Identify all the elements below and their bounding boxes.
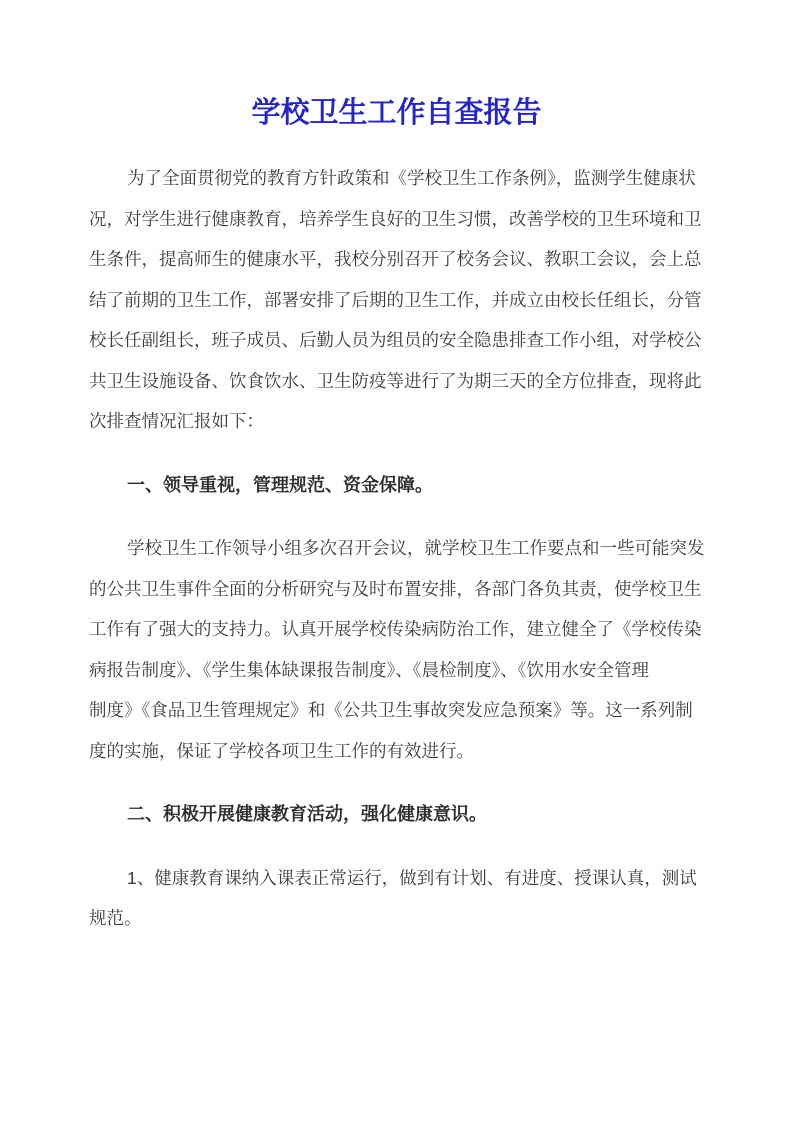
document-title: 学校卫生工作自查报告: [89, 93, 704, 133]
paragraph-line: 结了前期的卫生工作，部署安排了后期的卫生工作，并成立由校长任组长，分管: [89, 280, 704, 321]
section-heading-text: 二、积极开展健康教育活动，强化健康意识。: [89, 794, 704, 835]
paragraph-line: 次排查情况汇报如下：: [89, 401, 704, 442]
paragraph-line: 为了全面贯彻党的教育方针政策和《学校卫生工作条例》，监测学生健康状: [89, 158, 704, 199]
document-page: 学校卫生工作自查报告 为了全面贯彻党的教育方针政策和《学校卫生工作条例》，监测学…: [0, 0, 793, 1122]
section-heading-2: 二、积极开展健康教育活动，强化健康意识。: [89, 794, 704, 835]
paragraph-line: 病报告制度》、《学生集体缺课报告制度》、《晨检制度》、《饮用水安全管理: [89, 650, 704, 691]
paragraph-line: 1、健康教育课纳入课表正常运行，做到有计划、有进度、授课认真，测试: [89, 858, 704, 899]
paragraph-line: 制度》《食品卫生管理规定》和《公共卫生事故突发应急预案》等。这一系列制: [89, 690, 704, 731]
paragraph-line: 况，对学生进行健康教育，培养学生良好的卫生习惯，改善学校的卫生环境和卫: [89, 199, 704, 240]
paragraph-line: 学校卫生工作领导小组多次召开会议，就学校卫生工作要点和一些可能突发: [89, 528, 704, 569]
paragraph-line: 生条件，提高师生的健康水平，我校分别召开了校务会议、教职工会议，会上总: [89, 239, 704, 280]
document-content: 学校卫生工作自查报告 为了全面贯彻党的教育方针政策和《学校卫生工作条例》，监测学…: [0, 93, 793, 939]
paragraph-3: 1、健康教育课纳入课表正常运行，做到有计划、有进度、授课认真，测试 规范。: [89, 858, 704, 939]
section-heading-text: 一、领导重视，管理规范、资金保障。: [89, 465, 704, 506]
paragraph-line: 校长任副组长，班子成员、后勤人员为组员的安全隐患排查工作小组，对学校公: [89, 320, 704, 361]
section-heading-1: 一、领导重视，管理规范、资金保障。: [89, 465, 704, 506]
paragraph-1: 为了全面贯彻党的教育方针政策和《学校卫生工作条例》，监测学生健康状 况，对学生进…: [89, 158, 704, 442]
paragraph-line: 共卫生设施设备、饮食饮水、卫生防疫等进行了为期三天的全方位排查，现将此: [89, 361, 704, 402]
paragraph-line: 工作有了强大的支持力。认真开展学校传染病防治工作，建立健全了《学校传染: [89, 609, 704, 650]
paragraph-line: 度的实施，保证了学校各项卫生工作的有效进行。: [89, 731, 704, 772]
paragraph-line: 的公共卫生事件全面的分析研究与及时布置安排，各部门各负其责，使学校卫生: [89, 569, 704, 610]
paragraph-line: 规范。: [89, 898, 704, 939]
paragraph-2: 学校卫生工作领导小组多次召开会议，就学校卫生工作要点和一些可能突发 的公共卫生事…: [89, 528, 704, 771]
